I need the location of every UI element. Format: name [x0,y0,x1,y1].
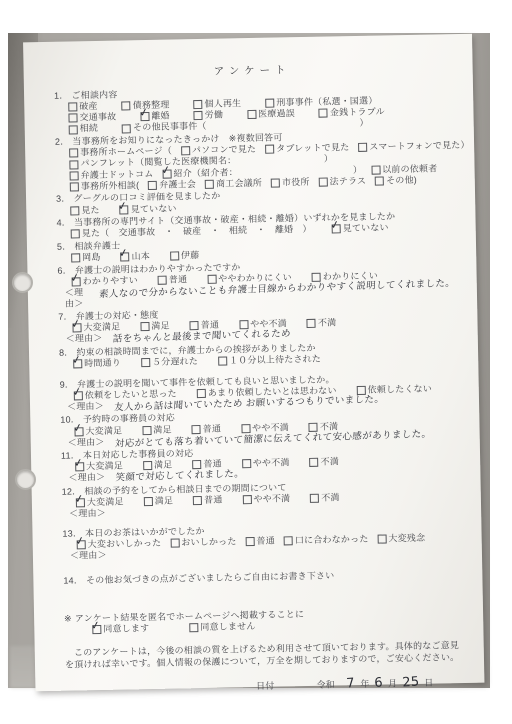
option: 普通 [192,423,222,435]
option-label: 医療過誤 [258,108,295,120]
option: 市役所 [271,177,310,189]
option: 事務所外相談( [70,180,140,192]
question-12: 12．相談の予約をしてから相談日までの期間について大変満足満足普通やや不満不満＜… [62,479,460,520]
checkbox-unchecked[interactable] [70,171,79,180]
option: 依頼をしたいと思った [74,389,177,402]
option-label: 見た [81,204,100,216]
option-label: 大変満足 [86,461,123,473]
option: 弁護士会 [148,179,196,191]
checkbox-checked[interactable] [121,253,130,262]
checkbox-checked[interactable] [74,391,83,400]
option: 見ていない [120,203,177,215]
checkbox-checked[interactable] [75,463,84,472]
option-label: ） [231,118,369,132]
option-label: 普通 [203,423,222,435]
checkbox-unchecked[interactable] [122,124,131,133]
checkbox-checked[interactable] [140,112,149,121]
checkbox-unchecked[interactable] [310,494,319,503]
consent-section: ※ アンケート結果を匿名でホームページへ掲載することに 同意します同意しません [64,606,461,636]
option-label: 普通 [204,494,223,506]
questionnaire-paper: アンケート 1．ご相談内容破産債務整理個人再生刑事事件（私選・国選）交通事故離婚… [23,34,484,692]
page-title: アンケート [54,61,451,82]
option-label: その他民事事件（ [133,121,207,134]
questionnaire-content: アンケート 1．ご相談内容破産債務整理個人再生刑事事件（私選・国選）交通事故離婚… [23,34,484,692]
option-label: 相続 [80,123,99,135]
checkbox-unchecked[interactable] [192,460,201,469]
option: 不満 [310,457,340,469]
option-label: 大変残念 [388,533,425,545]
option-label: 岡島 [82,252,101,264]
option-label: スマートフォンで見た） [369,140,470,153]
option: 医療過誤 [247,108,295,120]
option-label: 満足 [153,424,172,436]
option: 大変残念 [377,533,425,545]
option-label: 普通 [256,536,275,548]
question-2: 2．当事務所をお知りになったきっかけ ※複数回答可事務所ホームページ（パソコンで… [55,129,453,192]
question-1: 1．ご相談内容破産債務整理個人再生刑事事件（私選・国選）交通事故離婚労働医療過誤… [54,83,452,135]
option: ５分遅れた [141,356,198,368]
checkbox-unchecked[interactable] [247,110,256,119]
checkbox-unchecked[interactable] [265,99,274,108]
option-label: 満足 [154,460,173,472]
option-label: 満足 [155,495,174,507]
date-month-handwritten: 6 [374,676,384,693]
option: 大変満足 [72,322,120,334]
question-number: 3． [56,194,71,205]
option: 見ていない [332,223,389,235]
option: 以前の依頼者 [371,163,437,175]
checkbox-checked[interactable] [162,169,171,178]
option-label: ５分遅れた [152,356,198,368]
option-label: 個人再生 [204,98,241,110]
question-number: 4． [56,218,71,229]
checkbox-checked[interactable] [120,205,129,214]
checkbox-unchecked[interactable] [242,459,251,468]
option-label: やや不満 [253,493,290,505]
option: 大変満足 [75,461,123,473]
option-label: 不満 [318,318,337,330]
option: 普通 [193,494,223,506]
checkbox-checked[interactable] [77,541,86,550]
reason-label: ＜理由＞ [67,401,104,413]
checkbox-unchecked[interactable] [68,114,77,123]
question-7: 7．弁護士の対応・態度大変満足満足普通やや不満不満＜理由＞話をちゃんと最後まで聞… [58,304,456,346]
scanned-survey-page: アンケート 1．ご相談内容破産債務整理個人再生刑事事件（私選・国選）交通事故離婚… [0,0,512,724]
scan-backdrop: アンケート 1．ご相談内容破産債務整理個人再生刑事事件（私選・国選）交通事故離婚… [8,33,490,688]
punch-hole [15,469,36,490]
option: やや不満 [242,493,290,505]
checkbox-unchecked[interactable] [377,535,386,544]
checkbox-unchecked[interactable] [284,537,293,546]
option: １０分以上待たされた [218,353,321,366]
option: 普通 [245,536,275,548]
option: 不満 [307,318,337,330]
option-label: 見ていない [131,203,177,215]
checkbox-unchecked[interactable] [141,358,150,367]
option: 満足 [144,495,174,507]
reason-label: ＜理由＞ [68,437,105,449]
option-label: 商工会議所 [216,178,262,190]
question-text: ご相談内容 [71,90,117,102]
option-label: 見ていない [343,223,389,235]
checkbox-checked[interactable] [76,498,85,507]
question-number: 1． [54,91,69,102]
option: その他民事事件（ [122,121,207,134]
option: 相続 [69,123,99,135]
option-label: 交通事故 [79,112,116,124]
checkbox-unchecked[interactable] [170,539,179,548]
checkbox-unchecked[interactable] [245,537,254,546]
option-label: 依頼をしたいと思った [85,389,177,402]
option: 満足 [143,460,173,472]
checkbox-unchecked[interactable] [68,103,77,112]
checkbox-unchecked[interactable] [71,254,80,263]
option-label: やや不満 [253,458,290,470]
checkbox-unchecked[interactable] [358,143,367,152]
checkbox-unchecked[interactable] [71,230,80,239]
option: 普通 [158,274,188,286]
option-label: 大変満足 [83,322,120,334]
option-label: おいしかった [181,537,236,549]
footer-note: このアンケートは，今後の相談の質を上げるため利用させて頂いております。具体的なご… [65,640,462,671]
option-label: 大変おいしかった [88,538,162,551]
option-label: １０分以上待たされた [229,353,321,366]
option-label: 大変満足 [85,425,122,437]
checkbox-unchecked[interactable] [190,321,199,330]
checkbox-unchecked[interactable] [70,182,79,191]
option-label: 以前の依頼者 [382,163,437,175]
checkbox-unchecked[interactable] [69,149,78,158]
checkbox-unchecked[interactable] [158,276,167,285]
checkbox-checked[interactable] [72,324,81,333]
option: ） [231,118,369,132]
checkbox-unchecked[interactable] [319,177,328,186]
option: 満足 [142,424,172,436]
checkbox-checked[interactable] [73,359,82,368]
option-label: 満足 [151,321,170,333]
question-text: 相談弁護士 [74,241,120,253]
checkbox-unchecked[interactable] [241,424,250,433]
question-number: 14． [63,575,83,587]
checkbox-unchecked[interactable] [148,181,157,190]
reason-label: ＜理由＞ [69,508,106,520]
option-label: 事務所外相談( [81,180,140,192]
option: 法テラス [319,176,367,188]
option-label: 伊藤 [181,250,200,262]
option-label: 同意します [103,623,149,635]
option: わかりやすい [72,275,138,287]
checkbox-unchecked[interactable] [70,206,79,215]
checkbox-unchecked[interactable] [192,425,201,434]
option-label: 同意しません [200,621,255,633]
month-unit: 月 [388,679,397,690]
option-label: 口に合わなかった [295,534,369,547]
question-6: 6．弁護士の説明はわかりやすかったですかわかりやすい普通ややわかりにくいわかりに… [57,258,455,310]
checkbox-unchecked[interactable] [310,458,319,467]
option: 口に合わなかった [284,534,369,547]
checkbox-unchecked[interactable] [193,496,202,505]
checkbox-checked[interactable] [72,277,81,286]
reason-label: ＜理由＞ [65,287,89,310]
option: 個人再生 [193,98,241,110]
checkbox-unchecked[interactable] [319,109,328,118]
option: 労働 [194,110,224,122]
checkbox-unchecked[interactable] [271,178,280,187]
option: 同意しません [189,621,255,633]
checkbox-unchecked[interactable] [371,165,380,174]
day-unit: 日 [424,678,433,689]
checkbox-unchecked[interactable] [194,111,203,120]
reason-label: ＜理由＞ [66,333,103,345]
option: やや不満 [242,458,290,470]
reason-label: ＜理由＞ [68,472,105,484]
option-label: 市役所 [282,177,310,189]
checkbox-unchecked[interactable] [239,320,248,329]
option-label: 法テラス [330,176,367,188]
question-14: 14．その他お気づきの点がございましたらご自由にお書き下さい [63,568,460,587]
option: 同意します [92,623,149,635]
option-label: 山本 [131,251,150,263]
consent-mark: ※ [64,613,72,624]
checkbox-unchecked[interactable] [242,495,251,504]
option: 大変おいしかった [77,538,162,551]
checkbox-unchecked[interactable] [218,356,227,365]
question-heading: 14．その他お気づきの点がございましたらご自由にお書き下さい [63,568,460,587]
punch-hole [12,272,33,293]
date-year-handwritten: 7 [346,676,356,693]
option-label: 大変満足 [87,496,124,508]
option: その他) [375,175,417,187]
checkbox-unchecked[interactable] [140,322,149,331]
checkbox-unchecked[interactable] [197,389,206,398]
option: 不満 [310,492,340,504]
date-line: 日付 令和 7 年 6 月 25 日 [65,674,462,698]
checkbox-unchecked[interactable] [207,275,216,284]
option: 見た [70,204,100,216]
year-unit: 年 [360,679,369,690]
option: 満足 [140,321,170,333]
option: 山本 [121,251,151,263]
checkbox-unchecked[interactable] [205,180,214,189]
date-label: 日付 [256,681,275,693]
checkbox-unchecked[interactable] [142,426,151,435]
option-label: 弁護士会 [159,179,196,191]
date-day-handwritten: 25 [402,675,420,692]
checkbox-unchecked[interactable] [265,145,274,154]
checkbox-unchecked[interactable] [144,497,153,506]
option-label: 普通 [169,274,188,286]
option: 時間通り [73,357,121,369]
question-number: 5． [57,242,72,253]
checkbox-unchecked[interactable] [143,461,152,470]
era-label: 令和 [316,680,335,692]
option-label: わかりやすい [83,275,138,287]
checkbox-unchecked[interactable] [69,125,78,134]
reason-label: ＜理由＞ [70,550,107,562]
option: やや不満 [241,422,289,434]
option: おいしかった [170,537,236,549]
option-label: その他) [386,175,417,187]
option-label: 不満 [321,492,340,504]
option-label: やや不満 [252,422,289,434]
checkbox-unchecked[interactable] [170,252,179,261]
checkbox-checked[interactable] [332,225,341,234]
option: 伊藤 [170,250,200,262]
checkbox-unchecked[interactable] [69,160,78,169]
checkbox-unchecked[interactable] [307,319,316,328]
checkbox-unchecked[interactable] [189,623,198,632]
option: 大変満足 [74,425,122,437]
checkbox-unchecked[interactable] [122,102,131,111]
option-label: 破産 [79,101,98,113]
option-label: 労働 [205,110,224,122]
question-list: 1．ご相談内容破産債務整理個人再生刑事事件（私選・国選）交通事故離婚労働医療過誤… [54,83,460,586]
option: 大変満足 [76,496,124,508]
option: 商工会議所 [205,178,262,190]
question-9: 9．弁護士の説明を聞いて事件を依頼しても良いと思いましたか。依頼をしたいと思った… [60,372,458,414]
option: スマートフォンで見た） [358,140,470,153]
checkbox-unchecked[interactable] [181,147,190,156]
option-label: 時間通り [84,357,121,369]
option-label: 不満 [321,457,340,469]
option: 岡島 [71,252,101,264]
checkbox-checked[interactable] [92,625,101,634]
question-number: 2． [55,137,70,148]
checkbox-unchecked[interactable] [193,100,202,109]
question-text: その他お気づきの点がございましたらご自由にお書き下さい [86,570,335,586]
checkbox-unchecked[interactable] [312,273,321,282]
checkbox-unchecked[interactable] [375,176,384,185]
checkbox-unchecked[interactable] [309,422,318,431]
checkbox-checked[interactable] [74,427,83,436]
question-13: 13．本日のお茶はいかがでしたか大変おいしかったおいしかった普通口に合わなかった… [62,521,460,562]
